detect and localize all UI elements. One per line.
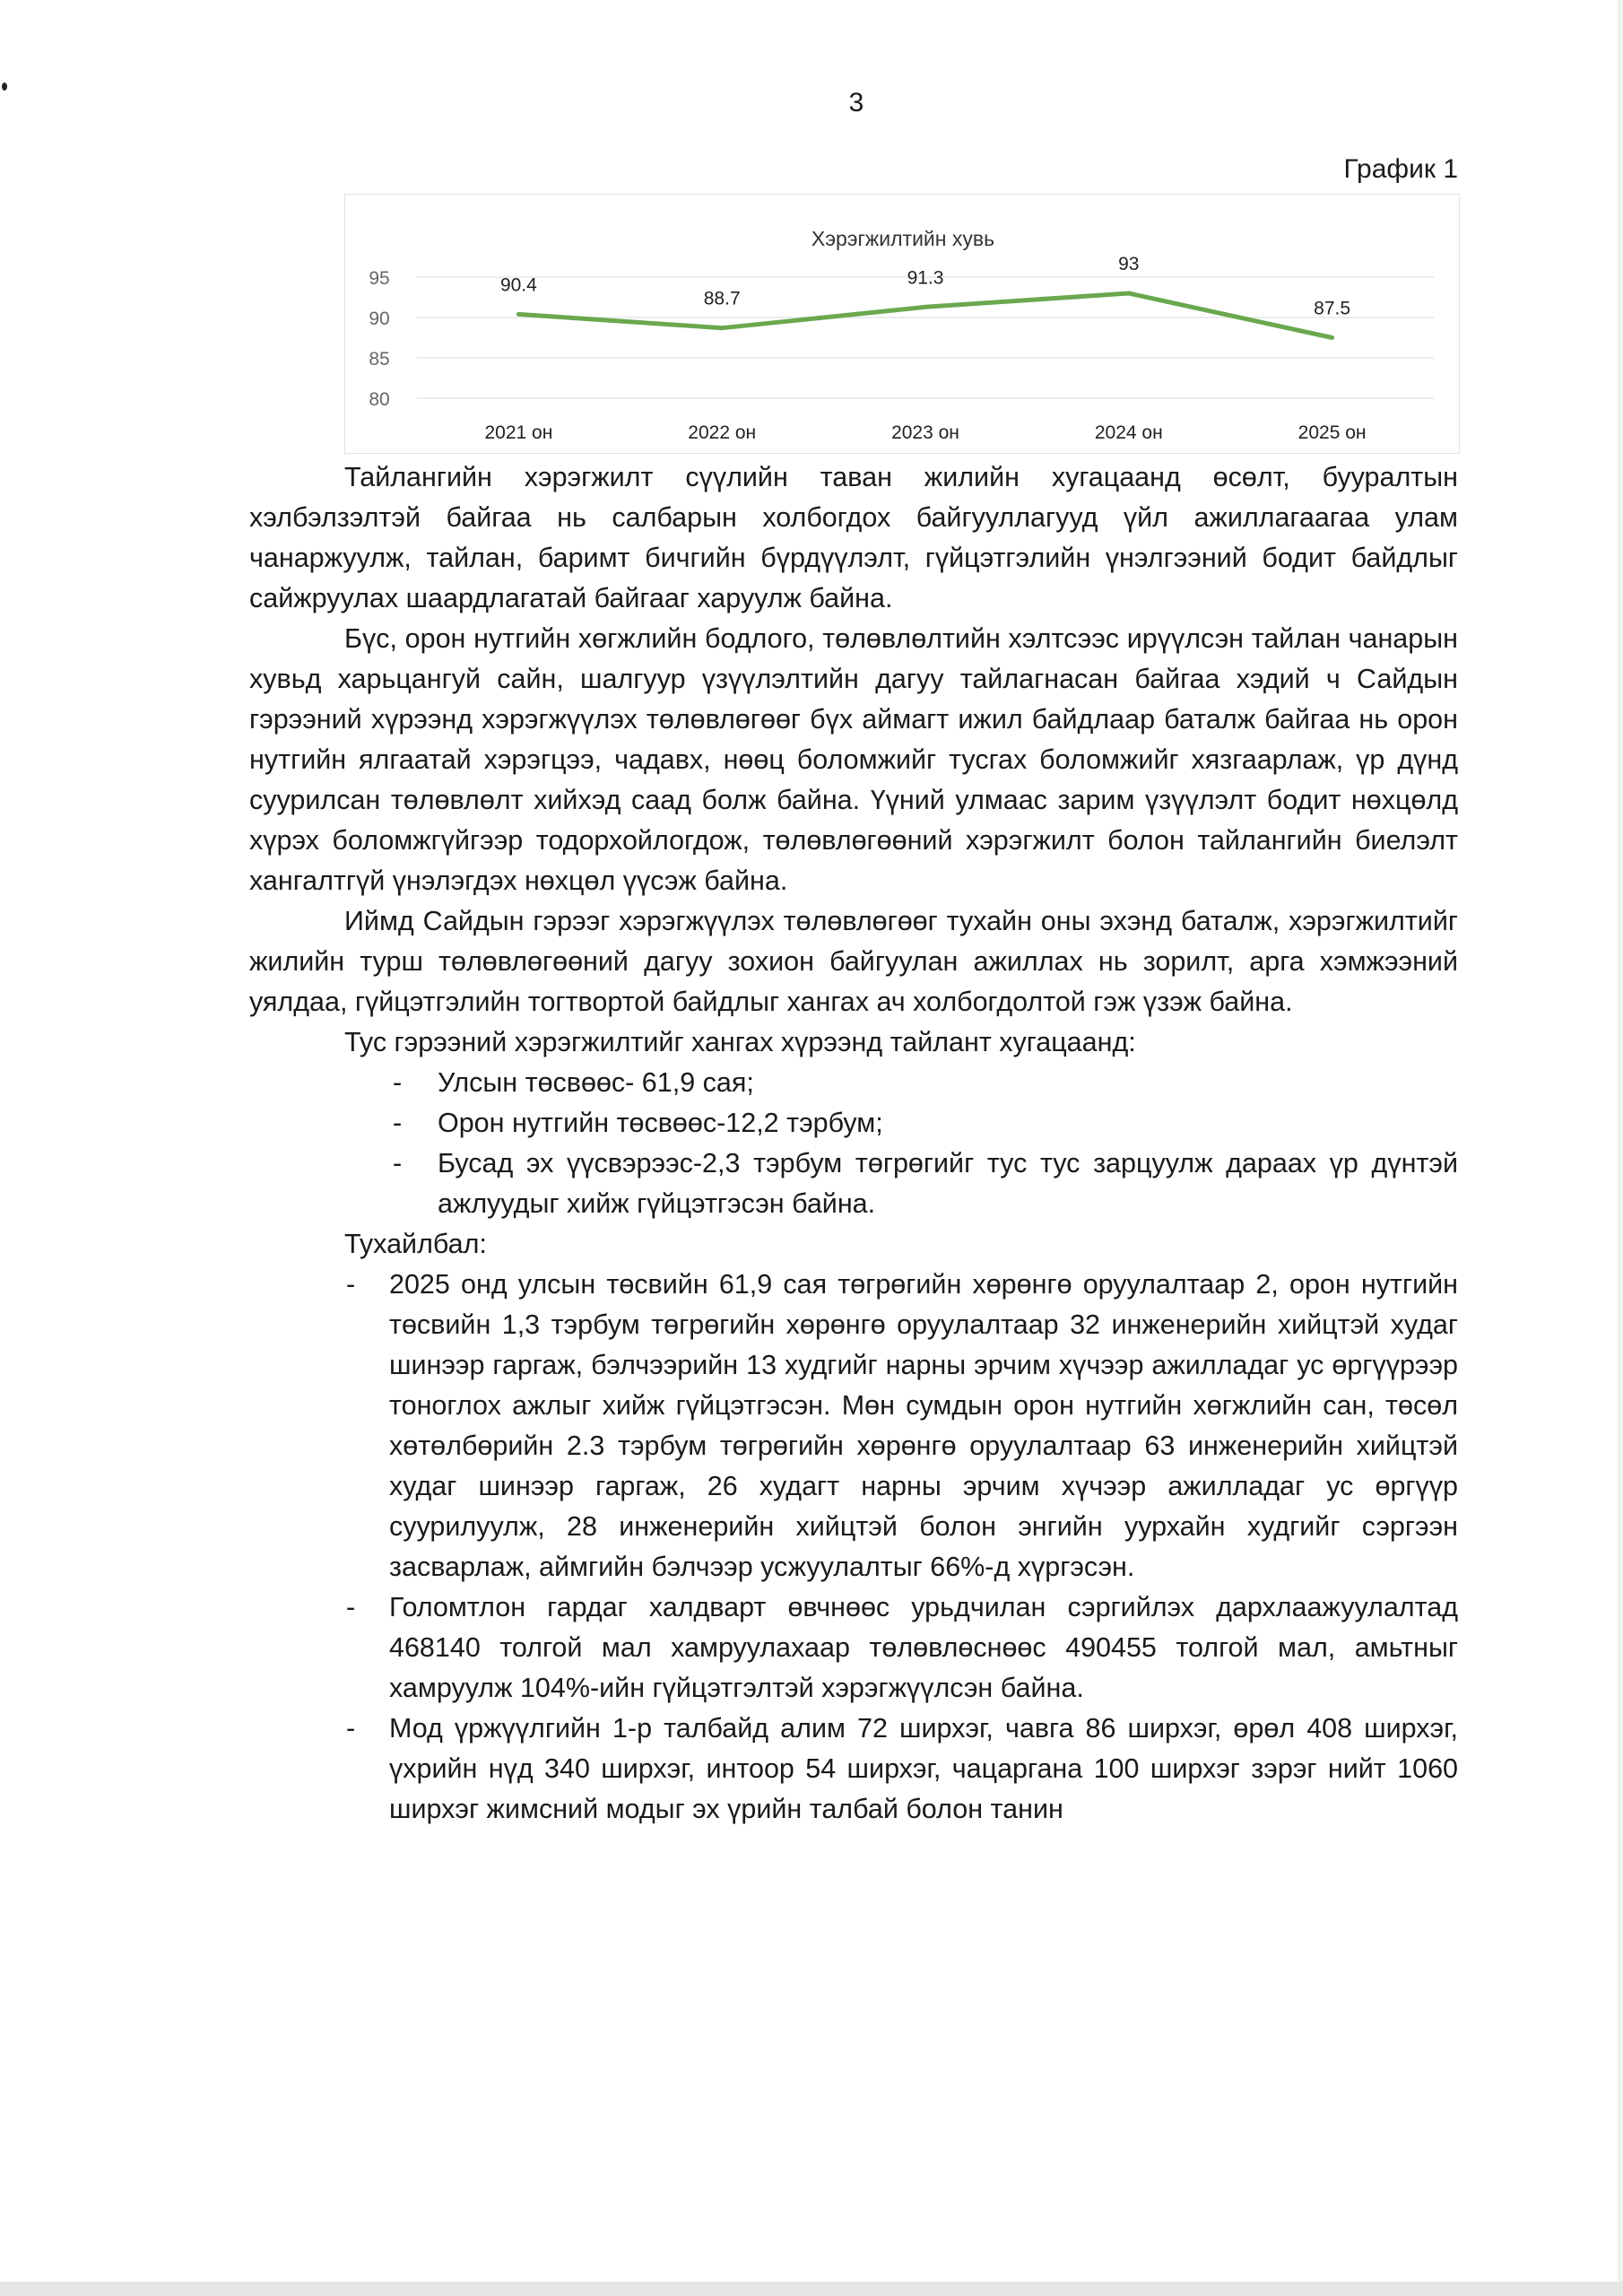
scan-edge — [1618, 0, 1623, 2296]
list-item: -Улсын төсвөөс- 61,9 сая; — [249, 1063, 1458, 1103]
svg-text:2022 он: 2022 он — [688, 422, 756, 443]
dash-bullet-icon: - — [393, 1063, 402, 1103]
funding-intro: Тус гэрээний хэрэгжилтийг хангах хүрээнд… — [249, 1022, 1458, 1063]
svg-text:91.3: 91.3 — [907, 267, 944, 288]
list-item: -Мод үржүүлгийн 1-р талбайд алим 72 ширх… — [249, 1709, 1458, 1830]
body-text: Тайлангийн хэрэгжилт сүүлийн таван жилий… — [249, 457, 1458, 1830]
svg-text:95: 95 — [369, 268, 389, 289]
svg-text:2021 он: 2021 он — [484, 422, 552, 443]
paragraph: Бүс, орон нутгийн хөгжлийн бодлого, төлө… — [249, 619, 1458, 901]
svg-text:80: 80 — [369, 389, 389, 410]
dash-bullet-icon: - — [346, 1587, 355, 1628]
dash-bullet-icon: - — [393, 1144, 402, 1184]
examples-list: -2025 онд улсын төсвийн 61,9 сая төгрөги… — [249, 1265, 1458, 1830]
examples-intro: Тухайлбал: — [249, 1224, 1458, 1265]
list-item: -Голомтлон гардаг халдварт өвчнөөс урьдч… — [249, 1587, 1458, 1709]
svg-text:Хэрэгжилтийн хувь: Хэрэгжилтийн хувь — [811, 227, 994, 250]
scan-edge — [0, 2282, 1623, 2296]
svg-text:2024 он: 2024 он — [1095, 422, 1163, 443]
dash-bullet-icon: - — [346, 1709, 355, 1749]
list-item: -Бусад эх үүсвэрээс-2,3 тэрбум төгрөгийг… — [249, 1144, 1458, 1224]
svg-text:93: 93 — [1118, 254, 1139, 274]
list-item: -2025 онд улсын төсвийн 61,9 сая төгрөги… — [249, 1265, 1458, 1587]
funding-list: -Улсын төсвөөс- 61,9 сая; -Орон нутгийн … — [249, 1063, 1458, 1224]
paragraph: Иймд Сайдын гэрээг хэрэгжүүлэх төлөвлөгө… — [249, 901, 1458, 1022]
chart-canvas: Хэрэгжилтийн хувь808590952021 он2022 он2… — [345, 195, 1461, 455]
paragraph: Тайлангийн хэрэгжилт сүүлийн таван жилий… — [249, 457, 1458, 619]
dash-bullet-icon: - — [346, 1265, 355, 1305]
line-chart: Хэрэгжилтийн хувь808590952021 он2022 он2… — [344, 194, 1460, 454]
svg-text:2025 он: 2025 он — [1298, 422, 1367, 443]
list-item: -Орон нутгийн төсвөөс-12,2 тэрбум; — [249, 1103, 1458, 1144]
svg-text:90: 90 — [369, 309, 389, 329]
svg-text:87.5: 87.5 — [1314, 299, 1350, 319]
svg-text:2023 он: 2023 он — [891, 422, 959, 443]
svg-text:90.4: 90.4 — [500, 274, 537, 295]
figure-label: График 1 — [1343, 154, 1458, 185]
page-number: 3 — [0, 88, 1623, 118]
svg-text:85: 85 — [369, 349, 389, 370]
dash-bullet-icon: - — [393, 1103, 402, 1144]
svg-text:88.7: 88.7 — [704, 289, 741, 309]
